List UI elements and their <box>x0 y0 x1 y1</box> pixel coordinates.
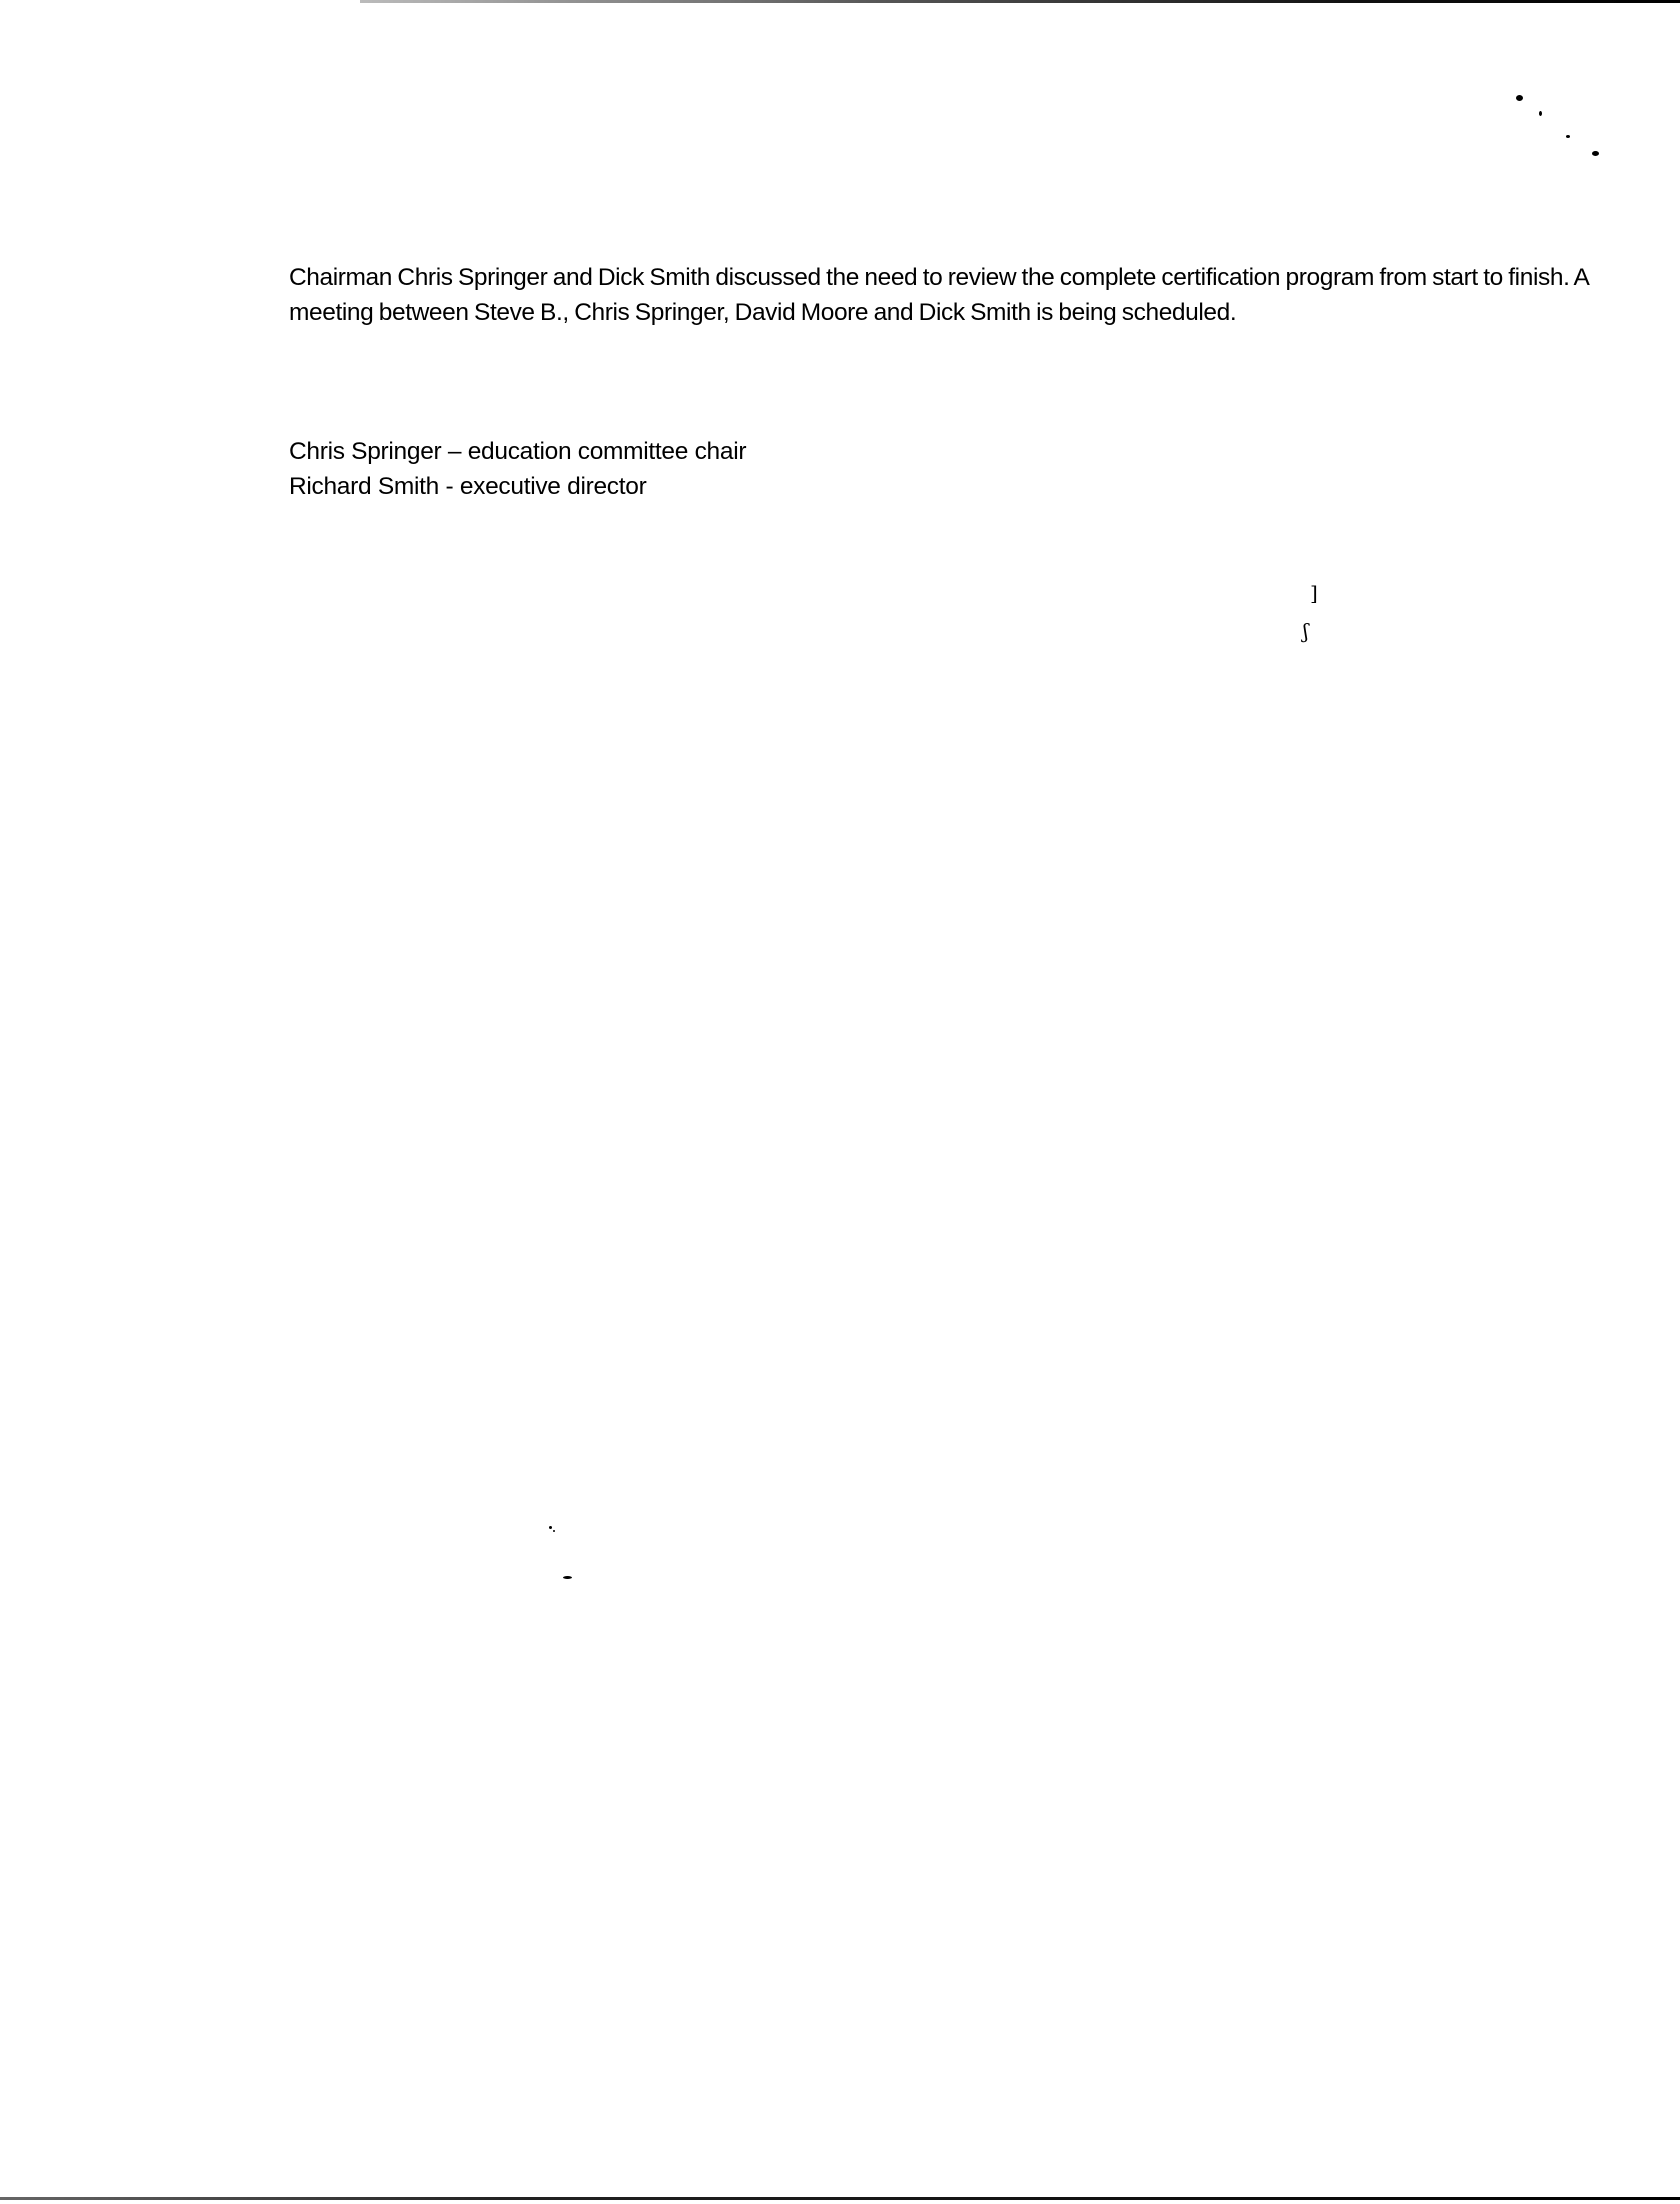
signature-line-director: Richard Smith - executive director <box>289 469 746 504</box>
scan-speck <box>1516 95 1523 101</box>
meeting-note-paragraph: Chairman Chris Springer and Dick Smith d… <box>289 260 1609 330</box>
scan-speck <box>549 1526 552 1529</box>
scan-speck <box>563 1576 572 1579</box>
scan-speck <box>1566 135 1570 138</box>
scan-speck <box>1592 151 1599 156</box>
scanned-page: Chairman Chris Springer and Dick Smith d… <box>0 0 1680 2204</box>
scan-bracket-mark: ʃ <box>1303 621 1308 641</box>
signature-line-chair: Chris Springer – education committee cha… <box>289 434 746 469</box>
signature-block: Chris Springer – education committee cha… <box>289 434 746 504</box>
scan-edge-top-line <box>360 0 1680 3</box>
scan-speck <box>553 1530 555 1532</box>
scan-edge-bottom-line <box>0 2197 1680 2200</box>
scan-bracket-mark: ] <box>1310 583 1318 603</box>
scan-speck <box>1539 111 1542 116</box>
